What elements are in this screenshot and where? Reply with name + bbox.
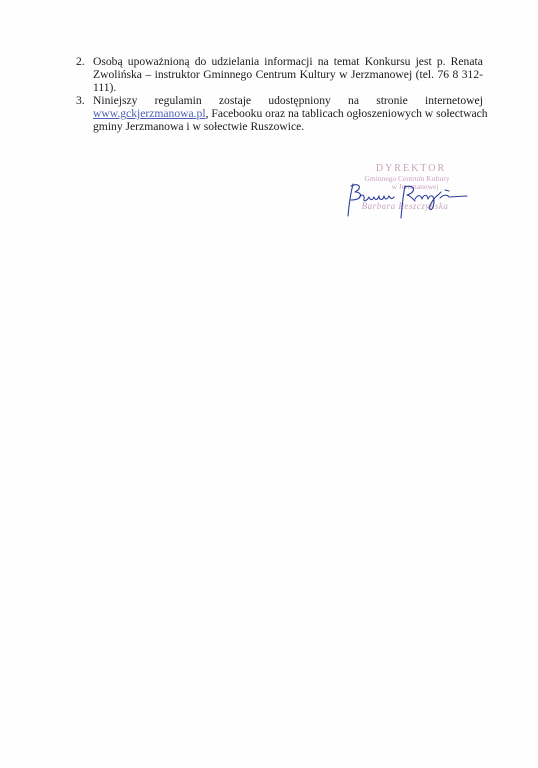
word: stronie	[376, 94, 408, 107]
item-line: Osobąupoważnionądoudzielaniainformacjina…	[93, 55, 483, 68]
handwritten-signature	[345, 182, 475, 222]
word: na	[318, 55, 329, 68]
word: udzielania	[211, 55, 259, 68]
item-text: Niniejszy regulamin zostaje udostępniony…	[93, 94, 483, 133]
item-number: 2.	[76, 55, 85, 68]
website-link[interactable]: www.gckjerzmanowa.pl	[93, 107, 206, 120]
line-text: , Facebooku oraz na tablicach ogłoszenio…	[206, 107, 488, 120]
word: Niniejszy	[93, 94, 137, 107]
word: Osobą	[93, 55, 123, 68]
word: internetowej	[425, 94, 483, 107]
word: p.	[437, 55, 446, 68]
word: –	[145, 68, 151, 81]
word: temat	[334, 55, 360, 68]
word: 312-	[462, 68, 483, 81]
word: Zwolińska	[93, 68, 142, 81]
stamp-title: DYREKTOR	[340, 163, 470, 174]
word: upoważnioną	[128, 55, 190, 68]
item-line: Zwolińska–instruktorGminnegoCentrumKultu…	[93, 68, 483, 81]
word: jest	[416, 55, 432, 68]
word: Jerzmanowej	[351, 68, 412, 81]
item-line: 111).	[93, 81, 483, 94]
word: Centrum	[256, 68, 297, 81]
list-item-2: 2. Osobąupoważnionądoudzielaniainformacj…	[76, 55, 483, 94]
item-number: 3.	[76, 94, 85, 107]
word: Kultury	[300, 68, 336, 81]
word: do	[195, 55, 207, 68]
item-line: www.gckjerzmanowa.pl, Facebooku oraz na …	[93, 107, 483, 120]
word: 76	[437, 68, 449, 81]
word: na	[348, 94, 359, 107]
word: Konkursu	[365, 55, 411, 68]
word: informacji	[264, 55, 312, 68]
word: 8	[452, 68, 458, 81]
word: udostępniony	[268, 94, 330, 107]
word: instruktor	[155, 68, 200, 81]
item-text: Osobąupoważnionądoudzielaniainformacjina…	[93, 55, 483, 94]
numbered-list: 2. Osobąupoważnionądoudzielaniainformacj…	[76, 55, 483, 133]
word: Renata	[451, 55, 483, 68]
word: zostaje	[219, 94, 251, 107]
word: (tel.	[416, 68, 434, 81]
list-item-3: 3. Niniejszy regulamin zostaje udostępni…	[76, 94, 483, 133]
item-line: Niniejszy regulamin zostaje udostępniony…	[93, 94, 483, 107]
item-line: gminy Jerzmanowa i w sołectwie Ruszowice…	[93, 120, 483, 133]
word: Gminnego	[203, 68, 252, 81]
word: regulamin	[155, 94, 202, 107]
word: w	[339, 68, 347, 81]
document-page: 2. Osobąupoważnionądoudzielaniainformacj…	[0, 0, 538, 768]
